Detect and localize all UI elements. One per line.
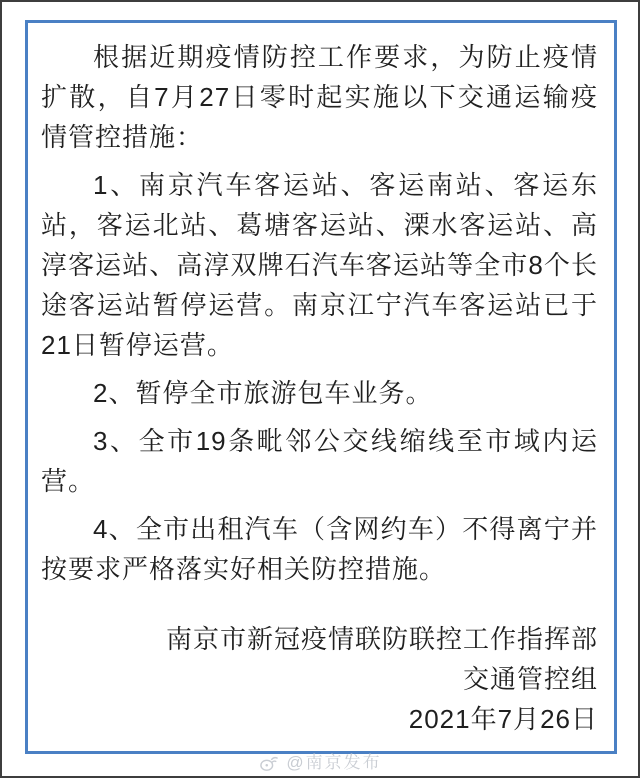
weibo-icon bbox=[258, 754, 280, 772]
notice-paragraph: 2、暂停全市旅游包车业务。 bbox=[41, 373, 598, 413]
notice-paragraph: 4、全市出租汽车（含网约车）不得离宁并按要求严格落实好相关防控措施。 bbox=[41, 509, 598, 589]
signature-department: 交通管控组 bbox=[41, 659, 598, 699]
watermark-text: @南京发布 bbox=[286, 751, 381, 775]
screenshot-frame: 根据近期疫情防控工作要求，为防止疫情扩散，自7月27日零时起实施以下交通运输疫情… bbox=[0, 0, 640, 778]
signature-date: 2021年7月26日 bbox=[41, 699, 598, 739]
signature-issuer: 南京市新冠疫情联防联控工作指挥部 bbox=[41, 619, 598, 659]
notice-box: 根据近期疫情防控工作要求，为防止疫情扩散，自7月27日零时起实施以下交通运输疫情… bbox=[25, 20, 617, 754]
notice-paragraph: 根据近期疫情防控工作要求，为防止疫情扩散，自7月27日零时起实施以下交通运输疫情… bbox=[41, 37, 598, 157]
notice-paragraph: 3、全市19条毗邻公交线缩线至市域内运营。 bbox=[41, 421, 598, 501]
notice-paragraph: 1、南京汽车客运站、客运南站、客运东站，客运北站、葛塘客运站、溧水客运站、高淳客… bbox=[41, 165, 598, 365]
watermark: @南京发布 bbox=[2, 751, 638, 775]
signature-block: 南京市新冠疫情联防联控工作指挥部 交通管控组 2021年7月26日 bbox=[41, 619, 598, 739]
